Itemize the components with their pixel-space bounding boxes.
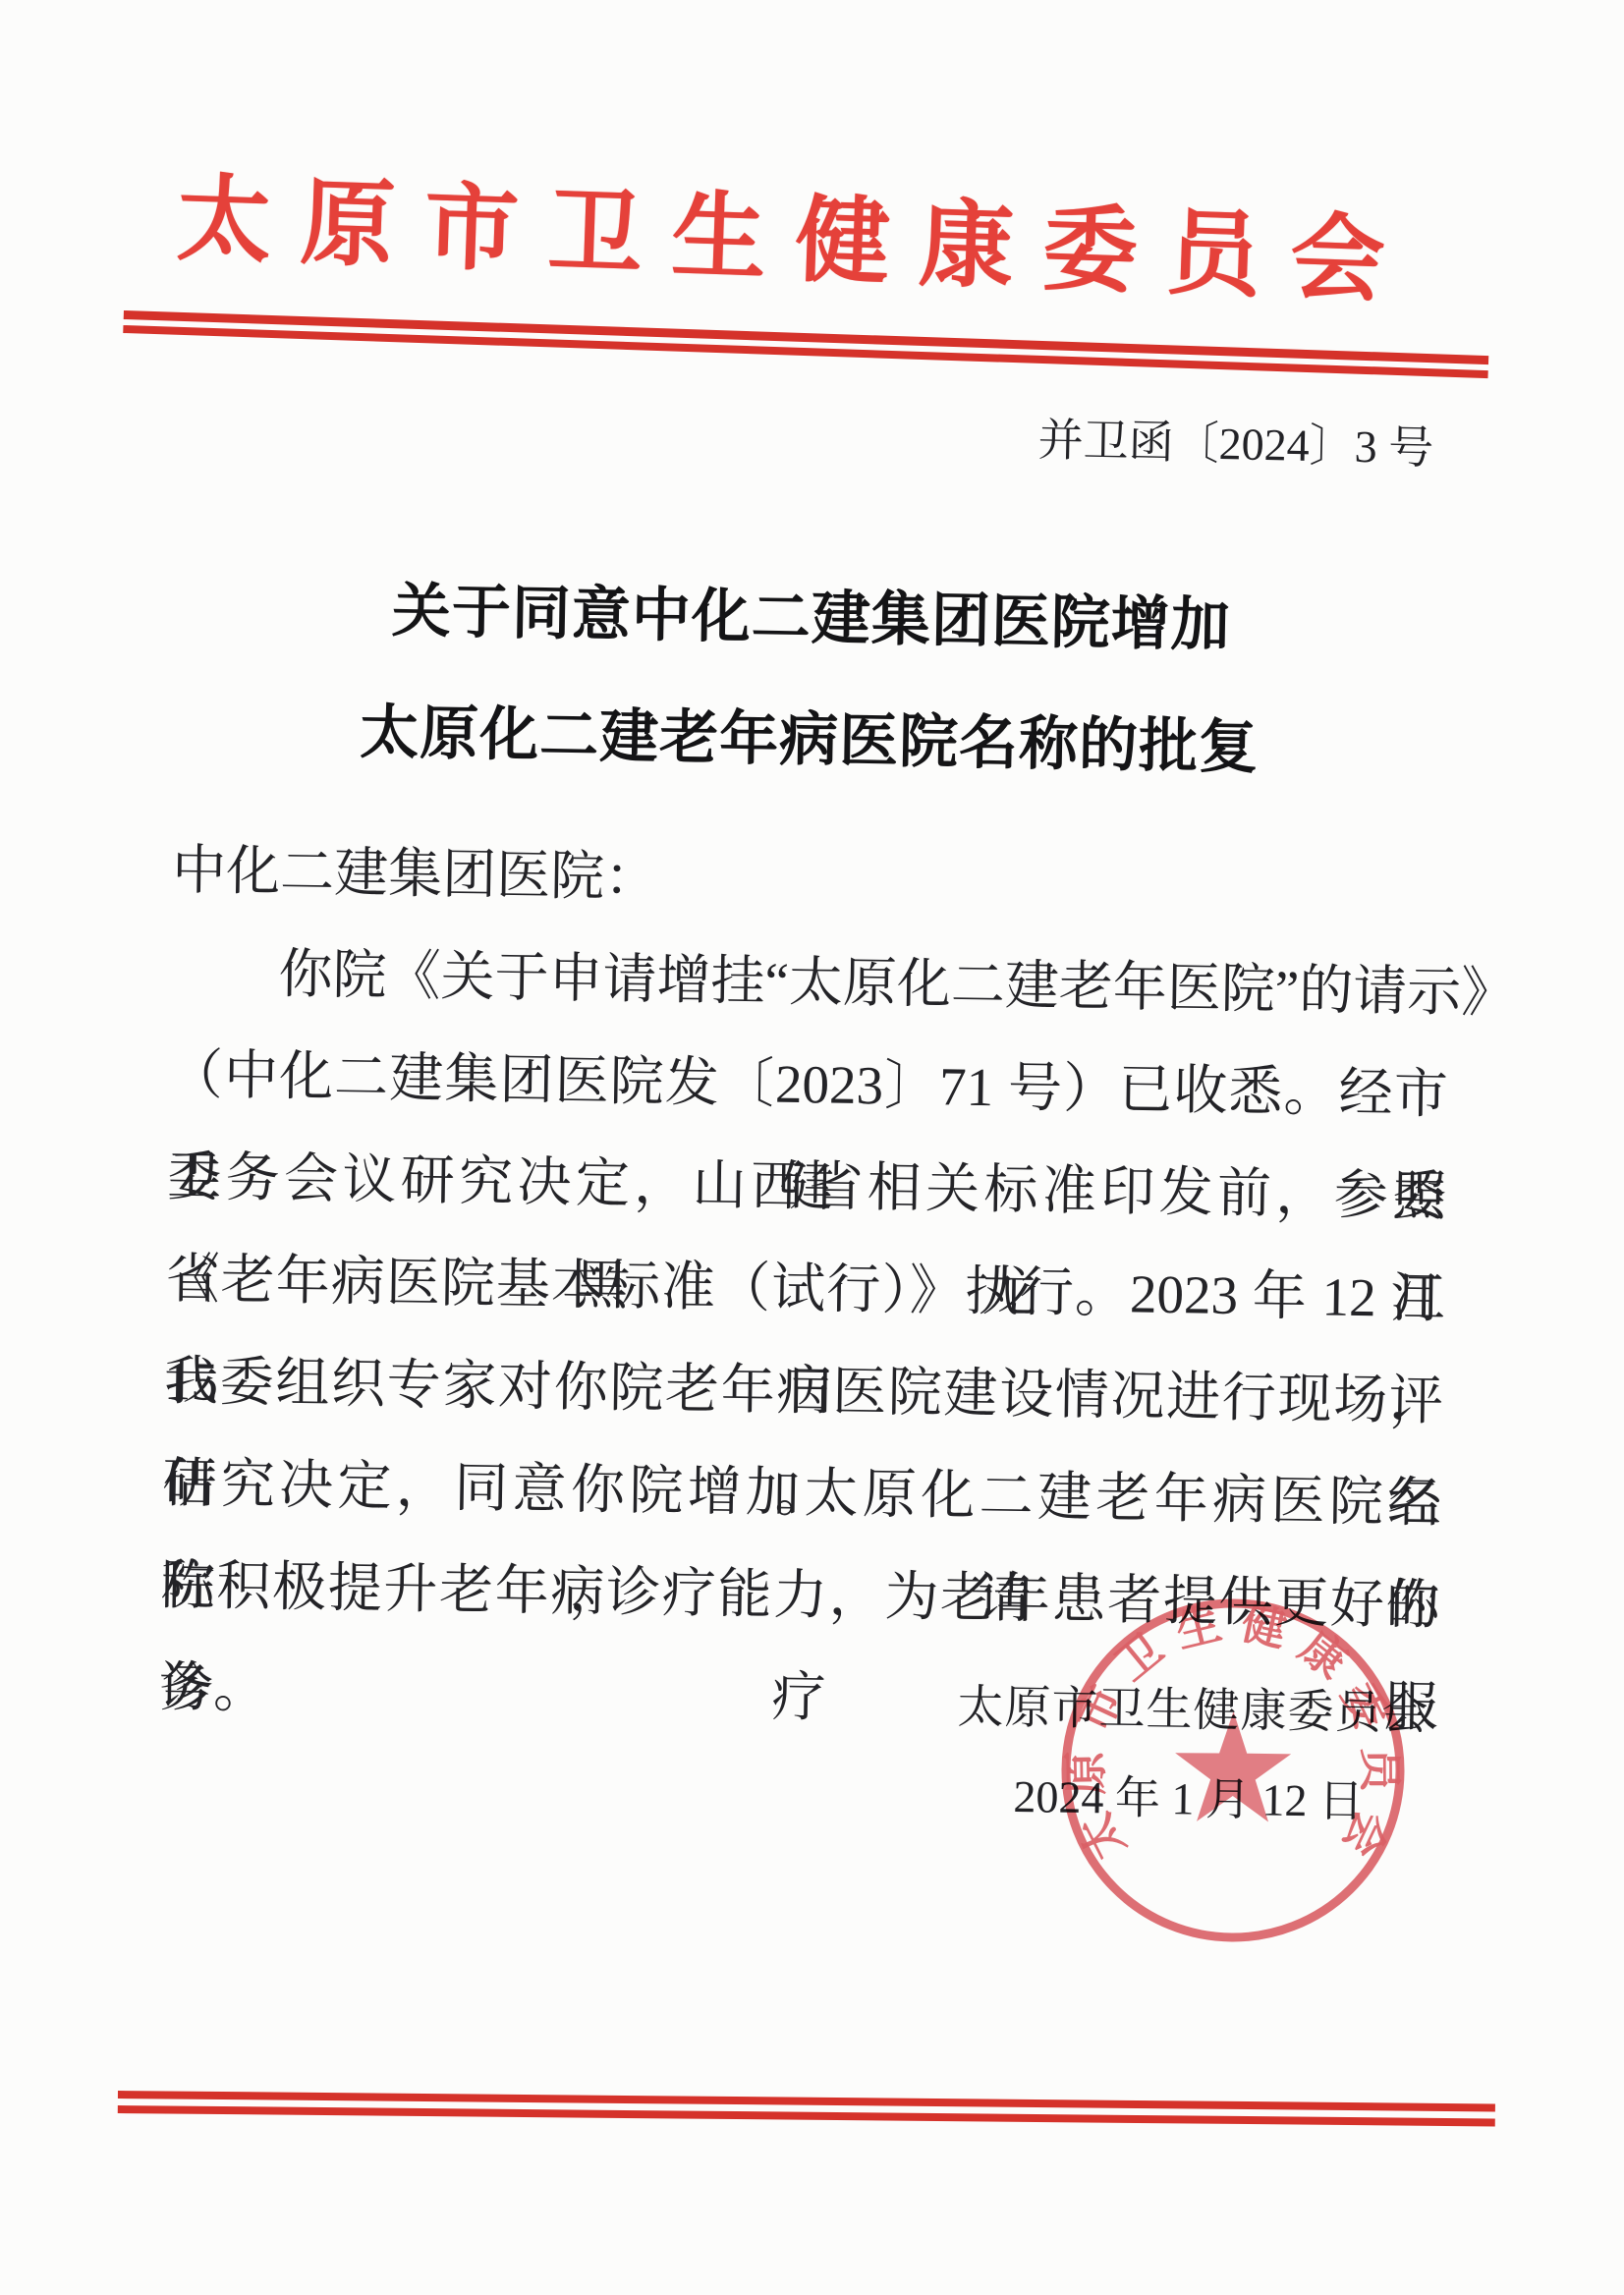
official-seal: 太原市卫生健康委员会 <box>1044 1582 1421 1958</box>
body-line: 我委组织专家对你院老年病医院建设情况进行现场评估。经 <box>163 1330 1443 1452</box>
body-line: 委务会议研究决定，山西省相关标准印发前，参照《黑龙江 <box>166 1126 1446 1248</box>
document-title-line1: 关于同意中化二建集团医院增加 <box>171 546 1452 691</box>
document-title-line2: 太原化二建老年病医院名称的批复 <box>169 668 1450 812</box>
body-line: 省老年病医院基本标准（试行）》执行。2023 年 12 月 15 日， <box>165 1228 1445 1350</box>
body-line: 你院《关于申请增挂“太原化二建老年医院”的请示》 <box>170 922 1450 1043</box>
body-line: 研究决定，同意你院增加太原化二建老年病医院名称，请你 <box>162 1432 1442 1554</box>
header-double-rule <box>123 310 1488 378</box>
document-number: 并卫函〔2024〕3 号 <box>981 403 1434 477</box>
document-title: 关于同意中化二建集团医院增加 太原化二建老年病医院名称的批复 <box>169 546 1452 812</box>
footer-double-rule <box>118 2091 1495 2126</box>
star-icon <box>1175 1710 1292 1821</box>
body-line: （中化二建集团医院发〔2023〕71 号）已收悉。经市卫健委 <box>168 1024 1448 1146</box>
document-page: 太原市卫生健康委员会 并卫函〔2024〕3 号 关于同意中化二建集团医院增加 太… <box>0 0 1624 2295</box>
letterhead-org-name: 太原市卫生健康委员会 <box>175 165 1494 319</box>
body-line-salutation: 中化二建集团医院： <box>171 819 1451 941</box>
